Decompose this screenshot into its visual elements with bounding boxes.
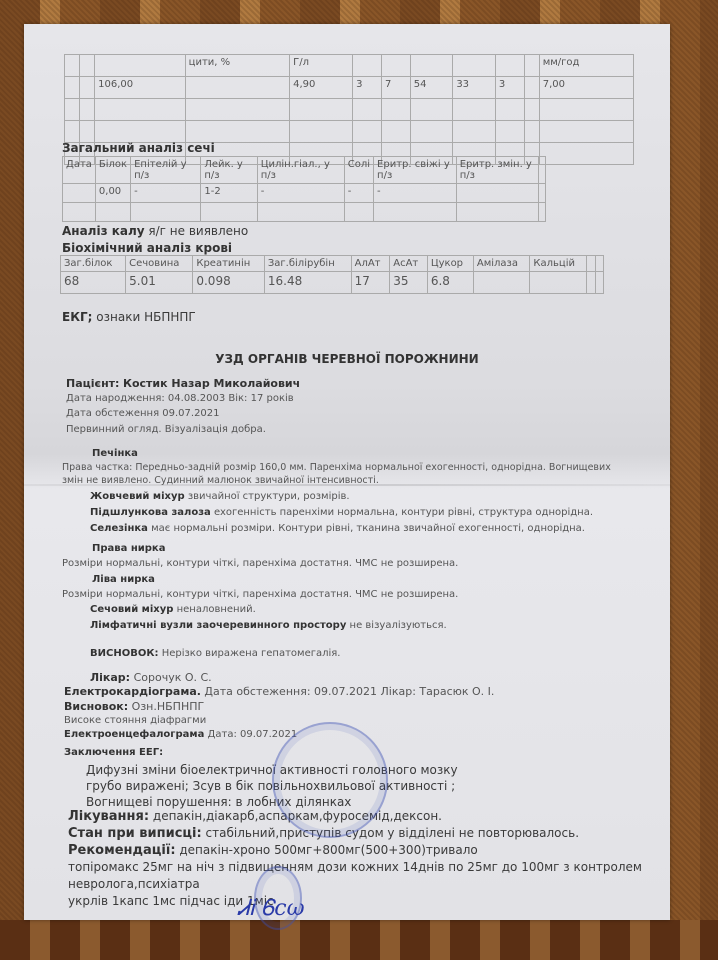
stool-label: Аналіз калу: [62, 224, 145, 238]
table-cell: -: [344, 184, 373, 203]
table-cell: -: [374, 184, 457, 203]
table-cell: [453, 121, 496, 143]
table-cell: [381, 121, 410, 143]
table-cell: 16.48: [264, 272, 351, 294]
table-cell: Епітелій у п/з: [131, 157, 201, 184]
table-cell: [257, 203, 344, 222]
eeg-conclusion-label: Заключення ЕЕГ:: [64, 747, 163, 758]
bladder-text: неналовнений.: [177, 604, 256, 615]
table-cell: [80, 55, 95, 77]
table-cell: [456, 203, 538, 222]
us-doctor-name: Сорочук О. С.: [134, 671, 212, 684]
table-cell: [131, 203, 201, 222]
table-cell: [539, 143, 633, 165]
table-cell: [95, 99, 185, 121]
patient-name: Костик Назар Миколайович: [123, 377, 300, 390]
ecg-short-value: ознаки НБПНПГ: [96, 310, 195, 324]
table-cell: 0.098: [193, 272, 265, 294]
table-cell: 54: [410, 77, 453, 99]
table-row: 685.010.09816.4817356.8: [61, 272, 604, 294]
urine-analysis-title: Загальний аналіз сечі: [62, 141, 215, 155]
table-cell: [63, 203, 96, 222]
table-cell: Солі: [344, 157, 373, 184]
table-cell: Г/л: [290, 55, 353, 77]
table-cell: Креатинін: [193, 256, 265, 272]
recommendations-line-3: невролога,психіатра: [68, 877, 200, 891]
table-header-row: ДатаБілокЕпітелій у п/зЛейк. у п/зЦилін.…: [63, 157, 546, 184]
recommendations-line: Рекомендації: депакін-хроно 500мг+800мг(…: [68, 843, 478, 858]
ecg-short-line: ЕКГ; ознаки НБПНПГ: [62, 310, 196, 324]
table-row: 106,004,9037543337,00: [65, 77, 634, 99]
right-kidney-text: Розміри нормальні, контури чіткі, паренх…: [62, 558, 458, 569]
background-carpet: [0, 920, 718, 960]
table-cell: [453, 55, 496, 77]
table-cell: [80, 121, 95, 143]
table-cell: 7,00: [539, 77, 633, 99]
table-cell: [495, 55, 524, 77]
table-cell: [495, 99, 524, 121]
gallbladder-title: Жовчевий міхур: [90, 491, 185, 502]
table-cell: [65, 77, 80, 99]
pancreas-line: Підшлункова залоза exогенність паренхіми…: [90, 507, 593, 518]
table-cell: Дата: [63, 157, 96, 184]
ecg-extra-line: Високе стояння діафрагми: [64, 715, 206, 726]
pancreas-title: Підшлункова залоза: [90, 507, 211, 518]
doctor-signature: ᏗᎥ Ꮾcω: [238, 896, 305, 921]
pancreas-text: exогенність паренхіми нормальна, контури…: [214, 507, 593, 518]
table-cell: Білок: [95, 157, 130, 184]
eeg-line-2: грубо виражені; Зсув в бік повільнохвиль…: [86, 779, 455, 793]
patient-label: Пацієнт:: [66, 377, 119, 390]
table-row: [63, 203, 546, 222]
primary-exam-line: Первинний огляд. Візуалізація добра.: [66, 424, 266, 435]
table-cell: 33: [453, 77, 496, 99]
table-cell: Кальцій: [530, 256, 587, 272]
table-cell: [595, 256, 603, 272]
eeg-label: Електроенцефалограма: [64, 729, 204, 740]
ecg-conclusion-text: Озн.НБПНПГ: [132, 700, 205, 713]
table-cell: [63, 184, 96, 203]
table-cell: 17: [351, 272, 390, 294]
eeg-date: Дата: 09.07.2021: [208, 729, 298, 740]
ecg-label: Електрокардіограма.: [64, 685, 201, 698]
table-cell: [353, 99, 382, 121]
gallbladder-text: звичайної структури, розмірів.: [188, 491, 350, 502]
table-cell: Заг.білірубін: [264, 256, 351, 272]
ecg-short-label: ЕКГ;: [62, 310, 92, 324]
table-cell: [524, 99, 539, 121]
bladder-title: Сечовий міхур: [90, 604, 173, 615]
recommendations-line-1: депакін-хроно 500мг+800мг(500+300)тривал…: [179, 843, 477, 857]
table-cell: [65, 55, 80, 77]
table-cell: АлАт: [351, 256, 390, 272]
table-cell: Амілаза: [473, 256, 530, 272]
table-cell: [595, 272, 603, 294]
table-cell: 7: [381, 77, 410, 99]
us-doctor-line: Лікар: Сорочук О. С.: [90, 671, 212, 684]
table-cell: [524, 55, 539, 77]
table-cell: [524, 77, 539, 99]
table-cell: [80, 99, 95, 121]
table-cell: [538, 157, 545, 184]
table-cell: [473, 272, 530, 294]
table-cell: Цилін.гіал., у п/з: [257, 157, 344, 184]
table-cell: [381, 99, 410, 121]
spleen-text: має нормальні розміри. Контури рівні, тк…: [151, 523, 585, 534]
table-cell: [353, 121, 382, 143]
us-conclusion-line: ВИСНОВОК: Нерізко виражена гепатомегалія…: [90, 648, 340, 659]
ecg-text: Дата обстеження: 09.07.2021 Лікар: Тарас…: [204, 685, 494, 698]
table-cell: [185, 77, 289, 99]
gallbladder-line: Жовчевий міхур звичайної структури, розм…: [90, 491, 350, 502]
recommendations-line-2: топіромакс 25мг на ніч з підвищенням доз…: [68, 860, 642, 874]
patient-line: Пацієнт: Костик Назар Миколайович: [66, 377, 300, 390]
ecg-line: Електрокардіограма. Дата обстеження: 09.…: [64, 685, 494, 698]
table-cell: -: [131, 184, 201, 203]
ecg-conclusion-line: Висновок: Озн.НБПНПГ: [64, 700, 204, 713]
table-cell: [185, 99, 289, 121]
table-cell: 35: [390, 272, 428, 294]
discharge-label: Стан при виписці:: [68, 826, 202, 841]
table-cell: [587, 256, 595, 272]
table-cell: 1-2: [201, 184, 257, 203]
liver-text-2: змін не виявлено. Судинний малюнок звича…: [62, 475, 379, 486]
table-cell: [410, 99, 453, 121]
table-cell: цити, %: [185, 55, 289, 77]
table-cell: 68: [61, 272, 126, 294]
table-cell: [587, 272, 595, 294]
table-header-row: Заг.білокСечовинаКреатинінЗаг.білірубінА…: [61, 256, 604, 272]
table-cell: [185, 121, 289, 143]
table-cell: [530, 272, 587, 294]
table-cell: [290, 121, 353, 143]
table-cell: [538, 184, 545, 203]
table-cell: [495, 121, 524, 143]
us-conclusion-text: Нерізко виражена гепатомегалія.: [162, 648, 341, 659]
ecg-conclusion-label: Висновок:: [64, 700, 128, 713]
liver-title: Печінка: [92, 448, 138, 459]
table-cell: [80, 77, 95, 99]
table-row: [65, 99, 634, 121]
table-cell: 106,00: [95, 77, 185, 99]
ultrasound-title: УЗД ОРГАНІВ ЧЕРЕВНОЇ ПОРОЖНИНИ: [24, 352, 670, 366]
table-cell: 6.8: [427, 272, 473, 294]
spleen-line: Селезінка має нормальні розміри. Контури…: [90, 523, 585, 534]
table-header-row: цити, %Г/лмм/год: [65, 55, 634, 77]
eeg-line: Електроенцефалограма Дата: 09.07.2021: [64, 729, 297, 740]
liver-text-1: Права частка: Передньо-задній розмір 160…: [62, 462, 611, 473]
table-cell: Цукор: [427, 256, 473, 272]
table-cell: 5.01: [126, 272, 193, 294]
stool-value: я/г не виявлено: [148, 224, 248, 238]
us-doctor-label: Лікар:: [90, 671, 130, 684]
table-row: 0,00-1-2---: [63, 184, 546, 203]
table-cell: [65, 99, 80, 121]
table-cell: Заг.білок: [61, 256, 126, 272]
table-cell: 3: [495, 77, 524, 99]
table-cell: [539, 121, 633, 143]
table-cell: [524, 121, 539, 143]
urine-analysis-table: ДатаБілокЕпітелій у п/зЛейк. у п/зЦилін.…: [62, 156, 546, 222]
bladder-line: Сечовий міхур неналовнений.: [90, 604, 256, 615]
table-cell: [65, 121, 80, 143]
table-cell: [95, 55, 185, 77]
table-cell: [410, 55, 453, 77]
left-kidney-text: Розміри нормальні, контури чіткі, паренх…: [62, 589, 458, 600]
table-cell: [374, 203, 457, 222]
table-cell: 3: [353, 77, 382, 99]
round-stamp-top: [272, 722, 388, 838]
lymph-line: Лімфатичні вузли заочеревинного простору…: [90, 620, 447, 631]
table-cell: [538, 203, 545, 222]
treatment-line: Лікування: депакін,діакарб,аспаркам,фуро…: [68, 809, 442, 824]
table-cell: Лейк. у п/з: [201, 157, 257, 184]
us-conclusion-label: ВИСНОВОК:: [90, 648, 159, 659]
right-kidney-title: Права нирка: [92, 543, 165, 554]
spleen-title: Селезінка: [90, 523, 148, 534]
table-cell: 0,00: [95, 184, 130, 203]
table-cell: [453, 99, 496, 121]
table-cell: Сечовина: [126, 256, 193, 272]
table-cell: мм/год: [539, 55, 633, 77]
table-cell: АсАт: [390, 256, 428, 272]
table-cell: [201, 203, 257, 222]
table-cell: [353, 55, 382, 77]
table-cell: -: [257, 184, 344, 203]
lymph-title: Лімфатичні вузли заочеревинного простору: [90, 620, 346, 631]
table-cell: [539, 99, 633, 121]
stool-analysis-line: Аналіз калу я/г не виявлено: [62, 224, 248, 238]
table-cell: [95, 203, 130, 222]
lymph-text: не візуалізуються.: [350, 620, 447, 631]
discharge-text: стабільний,приступів судом у відділені н…: [206, 826, 579, 840]
table-cell: [456, 184, 538, 203]
exam-date-line: Дата обстеження 09.07.2021: [66, 408, 220, 419]
biochem-table: Заг.білокСечовинаКреатинінЗаг.білірубінА…: [60, 255, 604, 294]
treatment-label: Лікування:: [68, 809, 149, 824]
medical-discharge-document: цити, %Г/лмм/год106,004,9037543337,00 За…: [24, 24, 670, 920]
table-cell: Еритр. змін. у п/з: [456, 157, 538, 184]
table-cell: [95, 121, 185, 143]
table-row: [65, 121, 634, 143]
biochem-title: Біохімічний аналіз крові: [62, 241, 232, 255]
table-cell: [290, 99, 353, 121]
table-cell: Еритр. свіжі у п/з: [374, 157, 457, 184]
recommendations-label: Рекомендації:: [68, 843, 176, 858]
table-cell: 4,90: [290, 77, 353, 99]
birth-line: Дата народження: 04.08.2003 Вік: 17 рокі…: [66, 393, 294, 404]
table-cell: [381, 55, 410, 77]
left-kidney-title: Ліва нирка: [92, 574, 155, 585]
table-cell: [410, 121, 453, 143]
table-cell: [344, 203, 373, 222]
